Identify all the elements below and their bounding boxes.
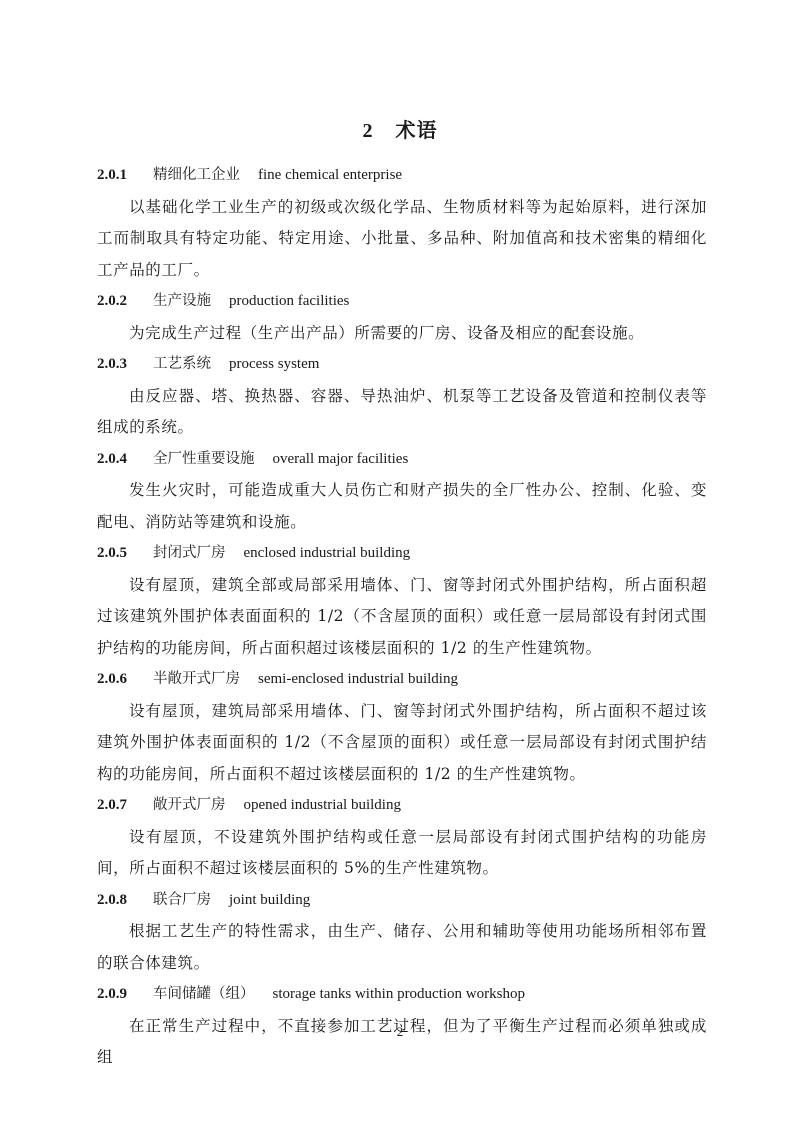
term-number: 2.0.8 (97, 885, 153, 917)
term-definition: 为完成生产过程（生产出产品）所需要的厂房、设备及相应的配套设施。 (97, 318, 707, 350)
term-entry: 2.0.7敞开式厂房opened industrial building 设有屋… (97, 790, 707, 885)
term-en: process system (229, 356, 319, 372)
term-heading: 2.0.8联合厂房joint building (97, 885, 707, 917)
term-zh: 敞开式厂房 (153, 797, 226, 813)
term-number: 2.0.4 (97, 444, 153, 476)
term-entry: 2.0.4全厂性重要设施overall major facilities 发生火… (97, 444, 707, 539)
term-number: 2.0.3 (97, 349, 153, 381)
term-number: 2.0.7 (97, 790, 153, 822)
term-en: opened industrial building (244, 797, 401, 813)
term-definition: 由反应器、塔、换热器、容器、导热油炉、机泵等工艺设备及管道和控制仪表等组成的系统… (97, 381, 707, 444)
term-definition: 在正常生产过程中，不直接参加工艺过程，但为了平衡生产过程而必须单独或成组 (97, 1011, 707, 1074)
term-zh: 生产设施 (153, 293, 211, 309)
term-heading: 2.0.5封闭式厂房enclosed industrial building (97, 538, 707, 570)
term-number: 2.0.9 (97, 979, 153, 1011)
term-entry: 2.0.6半敞开式厂房semi-enclosed industrial buil… (97, 664, 707, 790)
term-zh: 车间储罐（组） (153, 986, 255, 1002)
term-heading: 2.0.4全厂性重要设施overall major facilities (97, 444, 707, 476)
term-heading: 2.0.6半敞开式厂房semi-enclosed industrial buil… (97, 664, 707, 696)
term-zh: 半敞开式厂房 (153, 671, 240, 687)
page-number: 2 (0, 1024, 800, 1040)
chapter-title-text: 术语 (396, 118, 438, 142)
term-en: semi-enclosed industrial building (258, 671, 458, 687)
term-en: joint building (229, 892, 310, 908)
term-definition: 根据工艺生产的特性需求，由生产、储存、公用和辅助等使用功能场所相邻布置的联合体建… (97, 916, 707, 979)
term-en: storage tanks within production workshop (273, 986, 525, 1002)
term-entry: 2.0.2生产设施production facilities 为完成生产过程（生… (97, 286, 707, 349)
term-entry: 2.0.8联合厂房joint building 根据工艺生产的特性需求，由生产、… (97, 885, 707, 980)
terms-list: 2.0.1精细化工企业fine chemical enterprise 以基础化… (97, 160, 707, 1074)
term-number: 2.0.6 (97, 664, 153, 696)
term-number: 2.0.2 (97, 286, 153, 318)
chapter-number: 2 (363, 120, 374, 142)
term-zh: 全厂性重要设施 (153, 451, 255, 467)
term-en: fine chemical enterprise (258, 167, 402, 183)
term-en: overall major facilities (273, 451, 409, 467)
term-number: 2.0.5 (97, 538, 153, 570)
term-en: production facilities (229, 293, 349, 309)
term-number: 2.0.1 (97, 160, 153, 192)
term-heading: 2.0.2生产设施production facilities (97, 286, 707, 318)
chapter-title: 2术语 (0, 114, 800, 143)
term-definition: 设有屋顶，建筑局部采用墙体、门、窗等封闭式外围护结构，所占面积不超过该建筑外围护… (97, 696, 707, 791)
term-zh: 精细化工企业 (153, 167, 240, 183)
term-definition: 设有屋顶，建筑全部或局部采用墙体、门、窗等封闭式外围护结构，所占面积超过该建筑外… (97, 570, 707, 665)
term-zh: 联合厂房 (153, 892, 211, 908)
term-zh: 封闭式厂房 (153, 545, 226, 561)
document-page: 2术语 2.0.1精细化工企业fine chemical enterprise … (0, 0, 800, 1131)
term-definition: 以基础化学工业生产的初级或次级化学品、生物质材料等为起始原料，进行深加工而制取具… (97, 192, 707, 287)
term-heading: 2.0.3工艺系统process system (97, 349, 707, 381)
term-entry: 2.0.1精细化工企业fine chemical enterprise 以基础化… (97, 160, 707, 286)
term-definition: 设有屋顶，不设建筑外围护结构或任意一层局部设有封闭式围护结构的功能房间，所占面积… (97, 822, 707, 885)
term-definition: 发生火灾时，可能造成重大人员伤亡和财产损失的全厂性办公、控制、化验、变配电、消防… (97, 475, 707, 538)
term-heading: 2.0.1精细化工企业fine chemical enterprise (97, 160, 707, 192)
term-zh: 工艺系统 (153, 356, 211, 372)
term-en: enclosed industrial building (244, 545, 411, 561)
term-heading: 2.0.7敞开式厂房opened industrial building (97, 790, 707, 822)
term-entry: 2.0.3工艺系统process system 由反应器、塔、换热器、容器、导热… (97, 349, 707, 444)
term-entry: 2.0.5封闭式厂房enclosed industrial building 设… (97, 538, 707, 664)
term-heading: 2.0.9车间储罐（组）storage tanks within product… (97, 979, 707, 1011)
